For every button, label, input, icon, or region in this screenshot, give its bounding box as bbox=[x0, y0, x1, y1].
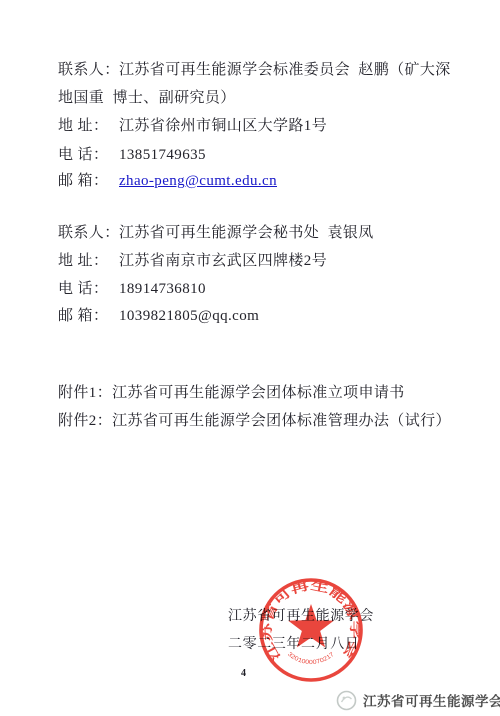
contact2-phone-row: 电 话：18914736810 bbox=[58, 281, 206, 298]
contact2-name-label: 联系人： bbox=[58, 225, 119, 242]
document-page: 联系人：江苏省可再生能源学会标准委员会 赵鹏（矿大深 地国重 博士、副研究员） … bbox=[0, 0, 500, 716]
contact2-phone-value: 18914736810 bbox=[119, 281, 206, 297]
official-seal-stamp: 江苏省可再生能源学会 3201000070217 bbox=[257, 576, 365, 684]
contact2-address-row: 地 址：江苏省南京市玄武区四牌楼2号 bbox=[58, 253, 327, 270]
footer-brand-text: 江苏省可再生能源学会 bbox=[363, 690, 500, 710]
contact1-address-value: 江苏省徐州市铜山区大学路1号 bbox=[119, 118, 327, 134]
footer-brand-bar: 江苏省可再生能源学会 bbox=[336, 688, 500, 712]
contact1-email-row: 邮 箱：zhao-peng@cumt.edu.cn bbox=[58, 173, 277, 190]
contact1-email-link[interactable]: zhao-peng@cumt.edu.cn bbox=[119, 173, 277, 189]
contact1-name-value: 江苏省可再生能源学会标准委员会 赵鹏（矿大深 bbox=[119, 62, 451, 78]
contact1-name-label: 联系人： bbox=[58, 62, 119, 79]
contact2-address-label: 地 址： bbox=[58, 253, 119, 270]
contact2-email-row: 邮 箱：1039821805@qq.com bbox=[58, 308, 259, 325]
contact2-address-value: 江苏省南京市玄武区四牌楼2号 bbox=[119, 253, 327, 269]
contact1-address-label: 地 址： bbox=[58, 118, 119, 135]
contact1-phone-row: 电 话：13851749635 bbox=[58, 147, 206, 164]
attachment-2: 附件2：江苏省可再生能源学会团体标准管理办法（试行） bbox=[58, 413, 451, 430]
contact2-name-row: 联系人：江苏省可再生能源学会秘书处 袁银凤 bbox=[58, 225, 374, 242]
seal-ring bbox=[261, 580, 361, 680]
contact1-phone-value: 13851749635 bbox=[119, 147, 206, 163]
contact2-name-value: 江苏省可再生能源学会秘书处 袁银凤 bbox=[119, 225, 374, 241]
society-logo-icon bbox=[336, 690, 357, 711]
attachment-1: 附件1：江苏省可再生能源学会团体标准立项申请书 bbox=[58, 385, 405, 402]
contact2-email-value: 1039821805@qq.com bbox=[119, 308, 259, 324]
contact1-name-wrap: 地国重 博士、副研究员） bbox=[58, 90, 236, 107]
page-number: 4 bbox=[241, 668, 246, 679]
seal-code-arc-text: 3201000070217 bbox=[286, 651, 336, 666]
contact2-phone-label: 电 话： bbox=[58, 281, 119, 298]
signature-date: 二零二三年二月八日 bbox=[228, 633, 359, 653]
contact1-email-label: 邮 箱： bbox=[58, 173, 119, 190]
contact2-email-label: 邮 箱： bbox=[58, 308, 119, 325]
signature-org: 江苏省可再生能源学会 bbox=[228, 605, 374, 625]
contact1-name-row: 联系人：江苏省可再生能源学会标准委员会 赵鹏（矿大深 bbox=[58, 62, 451, 79]
contact1-address-row: 地 址：江苏省徐州市铜山区大学路1号 bbox=[58, 118, 327, 135]
svg-text:3201000070217: 3201000070217 bbox=[286, 651, 336, 666]
contact1-phone-label: 电 话： bbox=[58, 147, 119, 164]
